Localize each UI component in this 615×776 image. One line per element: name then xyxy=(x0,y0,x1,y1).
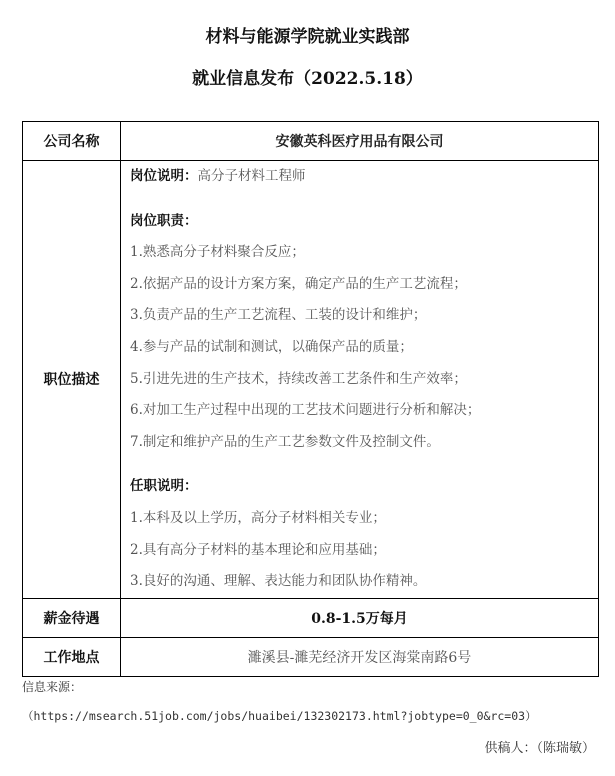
company-label: 公司名称 xyxy=(23,122,121,161)
duty-item: 4.参与产品的试制和测试，以确保产品的质量； xyxy=(130,332,598,364)
salary-value: 0.8-1.5万每月 xyxy=(121,598,599,637)
release-title: 就业信息发布（2022.5.18） xyxy=(0,64,615,89)
source-url: （https://msearch.51job.com/jobs/huaibei/… xyxy=(22,708,537,724)
position-line: 岗位说明：高分子材料工程师 xyxy=(130,161,598,193)
requirements-heading: 任职说明： xyxy=(130,471,598,503)
description-content: 岗位说明：高分子材料工程师 岗位职责： 1.熟悉高分子材料聚合反应； 2.依据产… xyxy=(121,161,599,599)
position-value: 高分子材料工程师 xyxy=(198,168,306,184)
duties-heading: 岗位职责： xyxy=(130,206,598,238)
duty-item: 5.引进先进的生产技术，持续改善工艺条件和生产效率； xyxy=(130,364,598,396)
duty-item: 2.依据产品的设计方案方案，确定产品的生产工艺流程； xyxy=(130,269,598,301)
company-name: 安徽英科医疗用品有限公司 xyxy=(121,122,599,161)
table-row-location: 工作地点 濉溪县-濉芜经济开发区海棠南路6号 xyxy=(23,637,599,676)
duty-item: 3.负责产品的生产工艺流程、工装的设计和维护； xyxy=(130,300,598,332)
contributor: 供稿人：（陈瑞敏） xyxy=(484,737,595,756)
table-row-salary: 薪金待遇 0.8-1.5万每月 xyxy=(23,598,599,637)
requirement-item: 1.本科及以上学历，高分子材料相关专业； xyxy=(130,503,598,535)
requirement-item: 3.良好的沟通、理解、表达能力和团队协作精神。 xyxy=(130,566,598,598)
table-row-description: 职位描述 岗位说明：高分子材料工程师 岗位职责： 1.熟悉高分子材料聚合反应； … xyxy=(23,161,599,599)
duty-item: 7.制定和维护产品的生产工艺参数文件及控制文件。 xyxy=(130,427,598,459)
description-label: 职位描述 xyxy=(23,161,121,599)
job-info-table: 公司名称 安徽英科医疗用品有限公司 职位描述 岗位说明：高分子材料工程师 岗位职… xyxy=(22,121,599,677)
source-label: 信息来源： xyxy=(22,678,82,695)
position-heading: 岗位说明： xyxy=(130,168,198,184)
location-label: 工作地点 xyxy=(23,637,121,676)
duty-item: 6.对加工生产过程中出现的工艺技术问题进行分析和解决； xyxy=(130,395,598,427)
requirement-item: 2.具有高分子材料的基本理论和应用基础； xyxy=(130,535,598,567)
table-row-company: 公司名称 安徽英科医疗用品有限公司 xyxy=(23,122,599,161)
org-title: 材料与能源学院就业实践部 xyxy=(0,22,615,47)
location-value: 濉溪县-濉芜经济开发区海棠南路6号 xyxy=(121,637,599,676)
duty-item: 1.熟悉高分子材料聚合反应； xyxy=(130,237,598,269)
salary-label: 薪金待遇 xyxy=(23,598,121,637)
